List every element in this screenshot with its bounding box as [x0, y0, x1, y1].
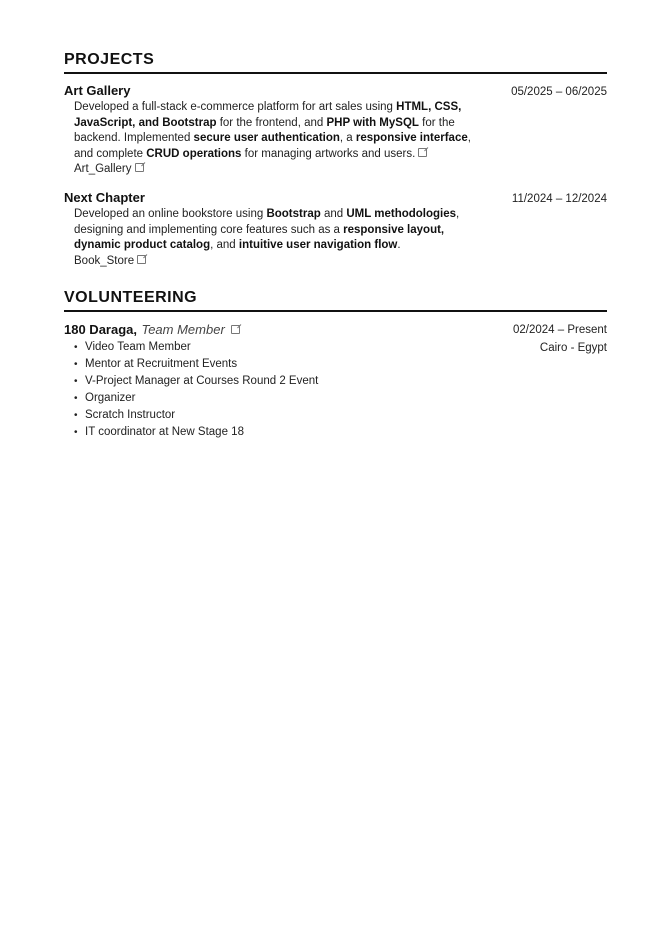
- project-title: Art Gallery: [64, 83, 130, 98]
- section-divider: [64, 72, 607, 74]
- list-item: Organizer: [74, 390, 318, 407]
- section-title-volunteering: VOLUNTEERING: [64, 289, 607, 307]
- emphasis-text: UML methodologies: [346, 208, 456, 220]
- project-title: Next Chapter: [64, 190, 145, 205]
- project-description-text: Developed an online bookstore using Boot…: [74, 208, 459, 251]
- project-link[interactable]: Art_Gallery: [74, 163, 132, 175]
- external-link-icon[interactable]: [418, 148, 427, 157]
- emphasis-text: intuitive user navigation flow: [239, 239, 397, 251]
- emphasis-text: responsive interface: [356, 132, 468, 144]
- project-description: Developed an online bookstore using Boot…: [74, 207, 484, 269]
- projects-section: PROJECTS: [64, 51, 607, 74]
- volunteer-organization: 180 Daraga,: [64, 322, 137, 337]
- volunteer-bullet-list: Video Team MemberMentor at Recruitment E…: [64, 339, 318, 441]
- description-segment: .: [397, 239, 400, 251]
- emphasis-text: secure user authentication: [194, 132, 340, 144]
- description-segment: Developed a full-stack e-commerce platfo…: [74, 101, 396, 113]
- volunteering-section: VOLUNTEERING: [64, 289, 607, 312]
- section-title-projects: PROJECTS: [64, 51, 607, 69]
- emphasis-text: Bootstrap: [266, 208, 320, 220]
- description-segment: and: [321, 208, 347, 220]
- project-entry-art-gallery: Art Gallery 05/2025 – 06/2025 Developed …: [64, 83, 607, 178]
- description-segment: , a: [340, 132, 356, 144]
- list-item: Mentor at Recruitment Events: [74, 356, 318, 373]
- external-link-icon[interactable]: [231, 325, 240, 334]
- project-date: 05/2025 – 06/2025: [511, 86, 607, 98]
- volunteer-entry: 180 Daraga, Team Member Video Team Membe…: [64, 321, 607, 441]
- volunteer-date: 02/2024 – Present: [513, 321, 607, 339]
- project-date: 11/2024 – 12/2024: [512, 193, 607, 205]
- emphasis-text: PHP with MySQL: [326, 117, 418, 129]
- list-item: Video Team Member: [74, 339, 318, 356]
- external-link-icon[interactable]: [137, 255, 146, 264]
- description-segment: , and: [210, 239, 239, 251]
- project-description: Developed a full-stack e-commerce platfo…: [74, 100, 484, 178]
- external-link-icon[interactable]: [135, 163, 144, 172]
- description-segment: for managing artworks and users.: [241, 148, 415, 160]
- volunteer-role: Team Member: [141, 322, 224, 337]
- description-segment: for the frontend, and: [217, 117, 327, 129]
- volunteer-location: Cairo - Egypt: [513, 339, 607, 357]
- project-link[interactable]: Book_Store: [74, 255, 134, 267]
- description-segment: Developed an online bookstore using: [74, 208, 266, 220]
- project-description-text: Developed a full-stack e-commerce platfo…: [74, 101, 471, 160]
- section-divider: [64, 310, 607, 312]
- emphasis-text: CRUD operations: [146, 148, 241, 160]
- list-item: IT coordinator at New Stage 18: [74, 424, 318, 441]
- list-item: V-Project Manager at Courses Round 2 Eve…: [74, 373, 318, 390]
- project-entry-next-chapter: Next Chapter 11/2024 – 12/2024 Developed…: [64, 190, 607, 269]
- list-item: Scratch Instructor: [74, 407, 318, 424]
